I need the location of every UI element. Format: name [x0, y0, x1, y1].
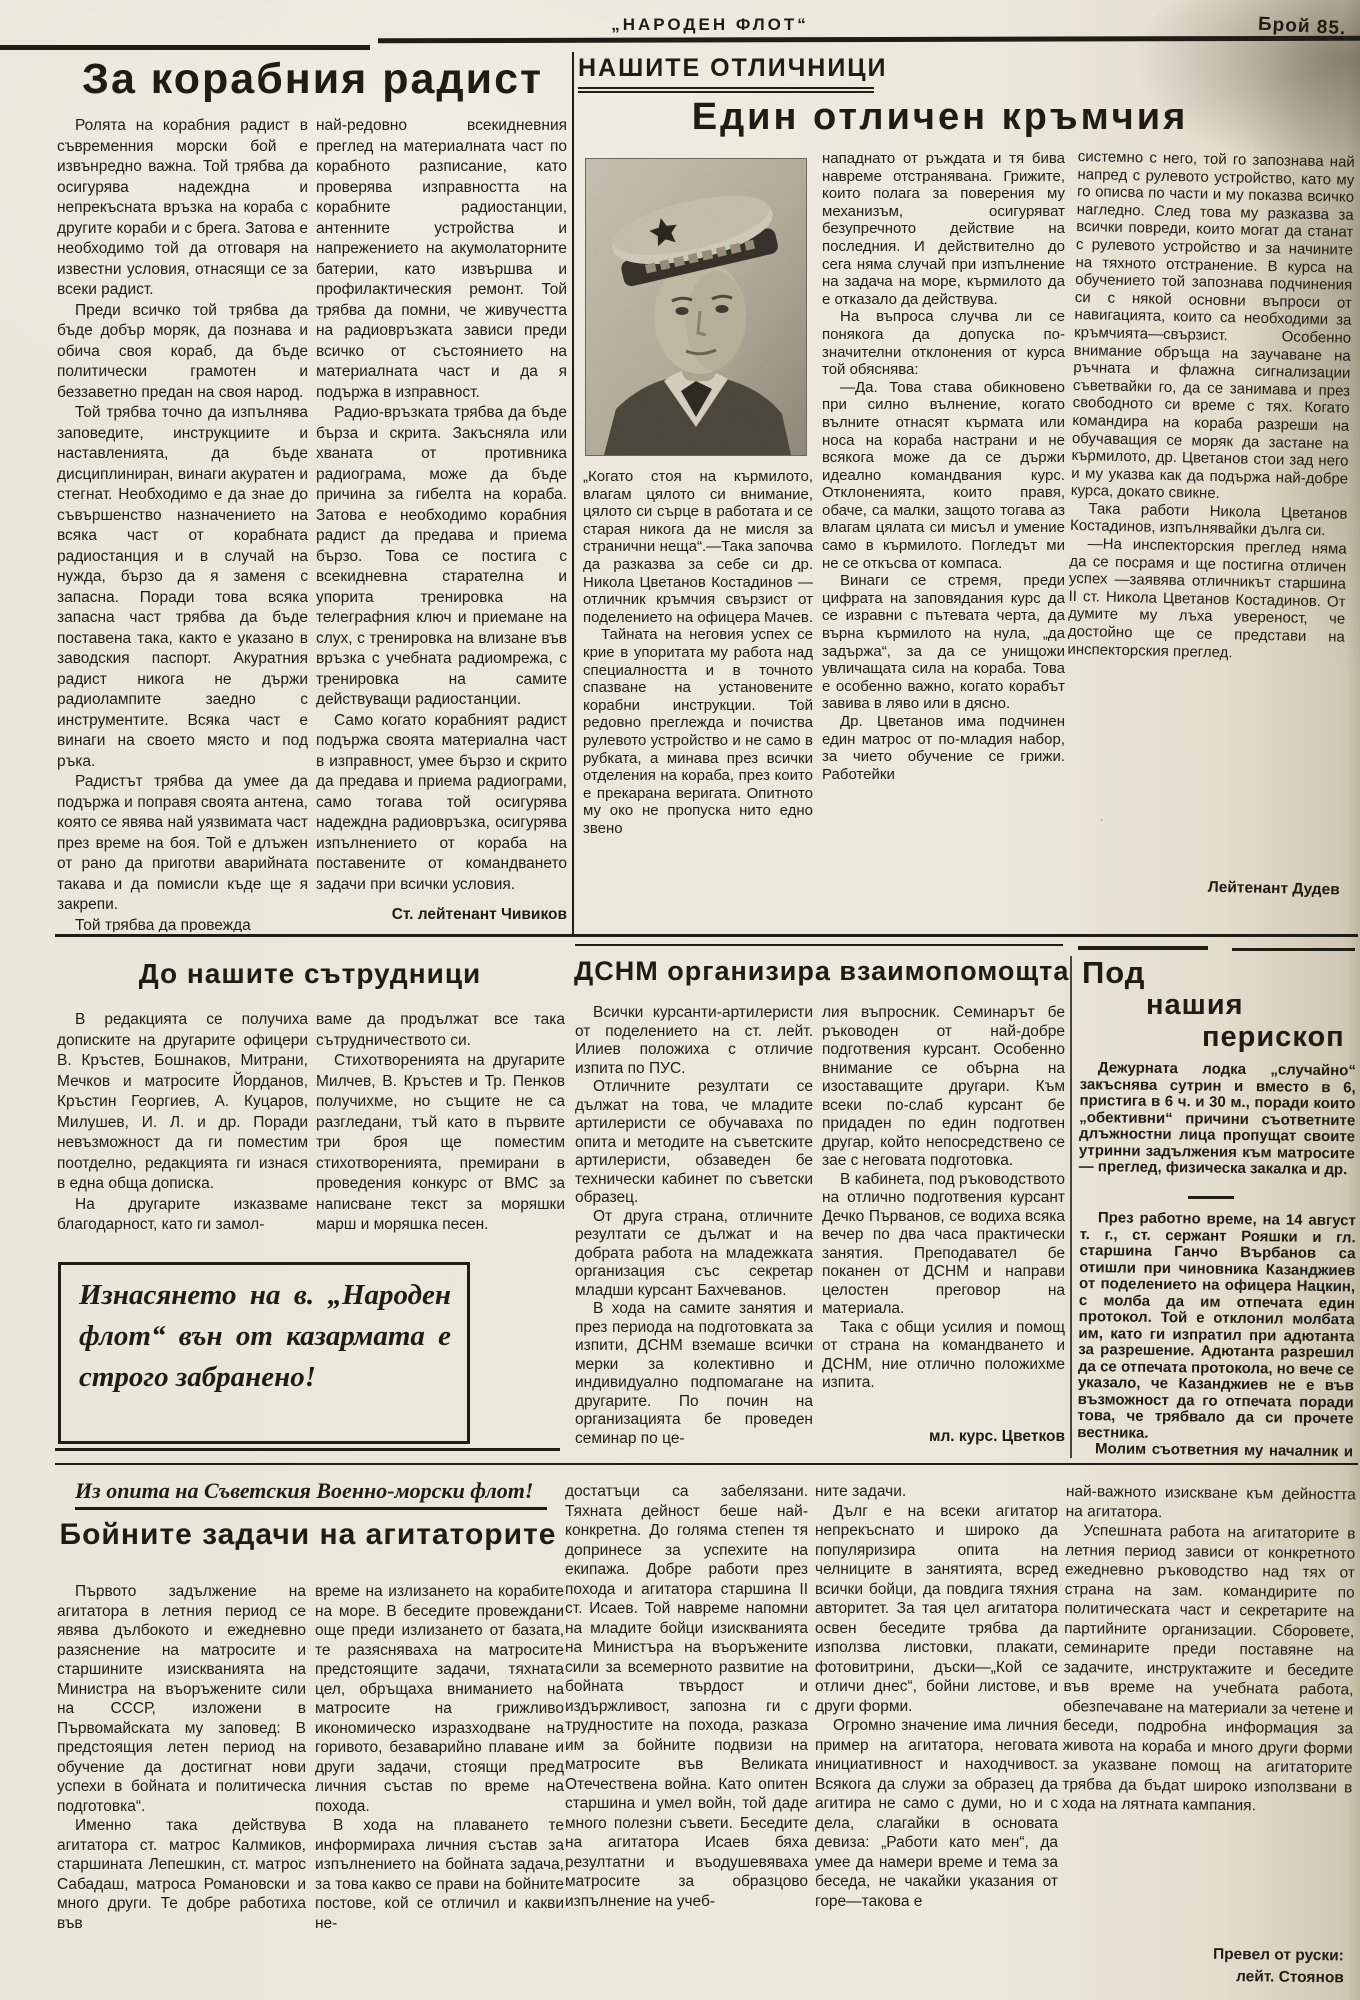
radist-headline: За корабния радист — [82, 55, 543, 104]
body-paragraph: време на излизането на корабите на море.… — [315, 1582, 564, 1816]
section-divider — [1232, 948, 1355, 951]
otlichnitsi-kicker: НАШИТЕ ОТЛИЧНИЦИ — [578, 54, 874, 93]
body-paragraph: Така работи Никола Цветанов Костадинов, … — [1070, 500, 1348, 541]
periskop-headline-line1: Под — [1082, 955, 1146, 991]
body-paragraph: Радио-връзката трябва да бъде бърза и ск… — [316, 403, 567, 711]
body-paragraph: Успешната работа на агитаторите в летния… — [1062, 1521, 1356, 1817]
body-paragraph: „Когато стоя на кърмилото, влагам цялото… — [583, 468, 813, 626]
otlichnitsi-headline: Един отличен кръмчия — [690, 96, 1190, 139]
body-paragraph: Само когато корабният радист подържа сво… — [316, 711, 567, 896]
body-paragraph: От друга страна, отличните резултати се … — [575, 1208, 813, 1301]
body-paragraph: Др. Цветанов има подчинен един матрос от… — [822, 713, 1065, 783]
body-paragraph: Така с общи усилия и помощ от страна на … — [822, 1319, 1065, 1393]
agitatori-column-1: Първото задължение на агитатора в летния… — [57, 1582, 306, 1994]
body-paragraph: най-редовно всекидневния преглед на мате… — [316, 116, 567, 403]
column-divider — [1070, 956, 1072, 1458]
dsnm-column-2: лия въпросник. Семинарът бе ръководен от… — [822, 1004, 1065, 1422]
radist-column-1: Ролята на корабния радист в съвременния … — [57, 116, 308, 932]
body-paragraph: най-важното изискване към дейността на а… — [1066, 1482, 1356, 1525]
section-divider — [575, 944, 1063, 946]
body-paragraph: Дълг е на всеки агитатор непрекъснато и … — [815, 1502, 1058, 1717]
body-paragraph: Радистът трябва да умее да подържа и поп… — [57, 772, 308, 916]
periskop-headline-line2: нашия — [1146, 989, 1244, 1022]
agitatori-column-4: ните задачи. Дълг е на всеки агитатор не… — [815, 1482, 1058, 1994]
body-paragraph: Ролята на корабния радист в съвременния … — [57, 116, 308, 301]
body-paragraph: Той трябва точно да изпълнява заповедите… — [57, 403, 308, 772]
body-paragraph: На въпроса случва ли се понякога да допу… — [822, 308, 1065, 378]
header-rule-left — [0, 45, 370, 50]
body-paragraph: Именно така действува агитатора ст. матр… — [57, 1816, 306, 1933]
byline: мл. курс. Цветков — [822, 1428, 1065, 1446]
notice-box: Изнасянето на в. „Народен флот“ вън от к… — [58, 1262, 470, 1444]
dsnm-column-1: Всички курсанти-артилеристи от поделение… — [575, 1004, 813, 1454]
body-paragraph: Отличните резултати се дължат на това, ч… — [575, 1078, 813, 1208]
periskop-item-2: През работно време, на 14 август т. г., … — [1077, 1210, 1356, 1461]
body-paragraph: —На инспекторския преглед няма да се пос… — [1067, 535, 1347, 664]
byline: Лейтенант Дудев — [1078, 876, 1340, 899]
header-rule-main — [378, 36, 1360, 44]
section-divider — [1078, 946, 1208, 950]
otlichnitsi-column-b: нападнато от ръждата и тя бива навреме о… — [822, 150, 1065, 932]
radist-column-2: най-редовно всекидневния преглед на мате… — [316, 116, 567, 902]
newspaper-page: „НАРОДЕН ФЛОТ“ Брой 85. За корабния ради… — [0, 0, 1360, 2000]
body-paragraph: В хода на плаването те информираха лични… — [315, 1816, 564, 1933]
body-paragraph: ваме да продължат все така сътрудничеств… — [316, 1010, 565, 1051]
body-paragraph: Винаги се стремя, преди цифрата на запов… — [822, 572, 1065, 713]
agitatori-kicker: Из опита на Съветския Военно-морски флот… — [75, 1478, 547, 1510]
body-paragraph: системно с него, той го запознава най на… — [1071, 148, 1355, 506]
section-divider — [55, 1448, 560, 1451]
body-paragraph: Молим съответния му началник и профгрупа… — [1077, 1441, 1353, 1461]
masthead-title: „НАРОДЕН ФЛОТ“ — [600, 15, 820, 35]
body-paragraph: На другарите изказваме благодарност, кат… — [57, 1195, 308, 1236]
body-paragraph: В хода на самите занятия и през периода … — [575, 1300, 813, 1448]
sailor-portrait-photo — [585, 158, 807, 456]
body-paragraph: лия въпросник. Семинарът бе ръководен от… — [822, 1004, 1065, 1171]
item-separator — [1188, 1196, 1234, 1199]
satrudnitsi-headline: До нашите сътрудници — [90, 958, 530, 990]
body-paragraph: Той трябва да провежда — [57, 916, 308, 933]
otlichnitsi-column-a: „Когато стоя на кърмилото, влагам цялото… — [583, 468, 813, 930]
body-paragraph: —Да. Това става обикновено при силно въл… — [822, 379, 1065, 573]
agitatori-headline: Бойните задачи на агитаторите — [58, 1518, 558, 1552]
body-paragraph: Първото задължение на агитатора в летния… — [57, 1582, 306, 1816]
satrudnitsi-column-2: ваме да продължат все така сътрудничеств… — [316, 1010, 565, 1256]
agitatori-column-3: достатъци са забелязани. Тяхната дейност… — [565, 1482, 808, 1994]
byline: Превел от руски: — [1066, 1944, 1344, 1965]
body-paragraph: ните задачи. — [815, 1482, 1058, 1502]
body-paragraph: достатъци са забелязани. Тяхната дейност… — [565, 1482, 808, 1911]
body-paragraph: През работно време, на 14 август т. г., … — [1077, 1210, 1356, 1444]
body-paragraph: Стихотворенията на другарите Милчев, В. … — [316, 1051, 565, 1236]
notice-text: Изнасянето на в. „Народен флот“ вън от к… — [79, 1279, 451, 1393]
body-paragraph: Всички курсанти-артилеристи от поделение… — [575, 1004, 813, 1078]
section-divider — [55, 1463, 1358, 1465]
dsnm-headline: ДСНМ организира взаимопомощта — [574, 956, 1066, 987]
body-paragraph: В кабинета, под ръководството на отлично… — [822, 1171, 1065, 1319]
byline: лейт. Стоянов — [1066, 1966, 1344, 1987]
sailor-portrait-illustration — [586, 159, 806, 455]
body-paragraph: нападнато от ръждата и тя бива навреме о… — [822, 150, 1065, 308]
byline: Ст. лейтенант Чивиков — [316, 906, 567, 924]
body-paragraph: Тайната на неговия успех се крие в упори… — [583, 626, 813, 837]
column-divider — [572, 52, 574, 934]
body-paragraph: Огромно значение има личния пример на аг… — [815, 1716, 1058, 1911]
agitatori-column-5: най-важното изискване към дейността на а… — [1060, 1482, 1356, 1944]
periskop-item-1: Дежурната лодка „случайно“ закъснява сут… — [1078, 1060, 1355, 1187]
body-paragraph: В редакцията се получиха дописките на др… — [57, 1010, 308, 1195]
body-paragraph: Преди всичко той трябва да бъде добър мо… — [57, 301, 308, 404]
agitatori-column-2: време на излизането на корабите на море.… — [315, 1582, 564, 1994]
periskop-headline-line3: перископ — [1202, 1021, 1345, 1054]
body-paragraph: Дежурната лодка „случайно“ закъснява сут… — [1079, 1060, 1356, 1179]
satrudnitsi-column-1: В редакцията се получиха дописките на др… — [57, 1010, 308, 1256]
otlichnitsi-column-c: системно с него, той го запознава най на… — [1063, 148, 1355, 870]
section-divider — [55, 934, 1358, 937]
